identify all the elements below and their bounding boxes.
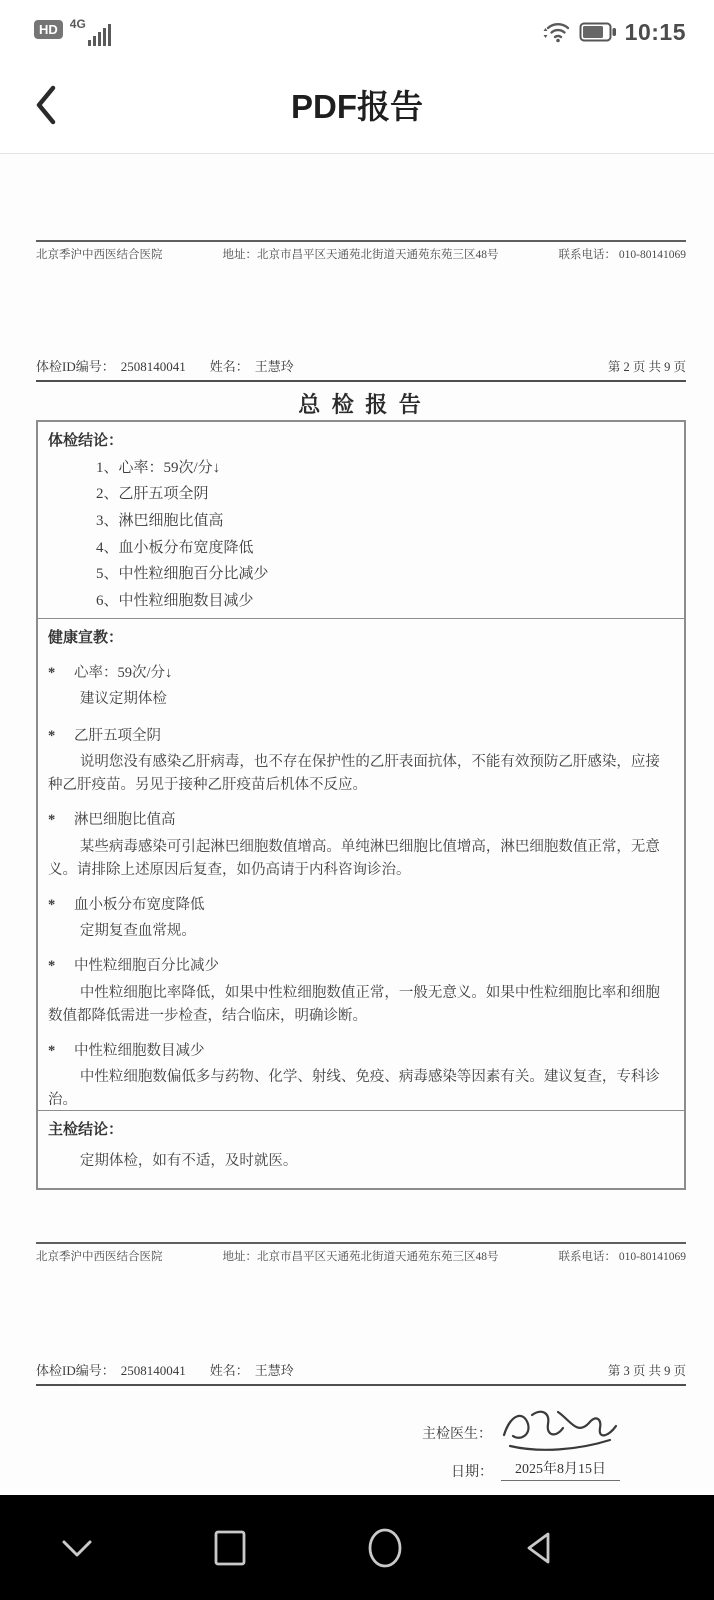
final-conclusion-body: 定期体检，如有不适，及时就医。 — [48, 1150, 674, 1173]
wifi-icon — [541, 19, 571, 45]
hd-badge: HD — [34, 20, 63, 39]
page-indicator: 第 2 页 共 9 页 — [608, 357, 686, 375]
back-nav-button[interactable] — [521, 1529, 555, 1567]
hospital-address: 地址：北京市昌平区天通苑北街道天通苑东苑三区48号 — [223, 246, 499, 264]
hospital-name: 北京季沪中西医结合医院 — [36, 246, 163, 264]
page-indicator: 第 3 页 共 9 页 — [608, 1361, 686, 1379]
date-value: 2025年8月15日 — [501, 1458, 620, 1481]
education-item-body: 建议定期体检 — [48, 688, 674, 711]
conclusion-item: 4、血小板分布宽度降低 — [96, 535, 674, 562]
bullet-icon: * — [48, 809, 58, 832]
conclusion-list: 1、心率：59次/分↓ 2、乙肝五项全阴 3、淋巴细胞比值高 4、血小板分布宽度… — [96, 455, 674, 615]
doctor-signature-image — [498, 1403, 620, 1455]
exam-id-value: 2508140041 — [121, 359, 186, 374]
chief-doctor-label: 主检医生： — [422, 1423, 492, 1443]
education-item-title: 淋巴细胞比值高 — [74, 809, 176, 832]
education-section: 健康宣教： * 心率：59次/分↓ 建议定期体检 * 乙肝五项全阴 说明您没有感… — [38, 618, 684, 1110]
triangle-left-icon — [521, 1529, 555, 1567]
exam-id-label: 体检ID编号： — [36, 1363, 115, 1378]
pdf-viewer-area[interactable]: 北京季沪中西医结合医院 地址：北京市昌平区天通苑北街道天通苑东苑三区48号 联系… — [0, 154, 714, 1495]
patient-name-value: 王慧玲 — [255, 359, 294, 374]
education-heading: 健康宣教： — [48, 627, 674, 650]
conclusion-heading: 体检结论： — [48, 430, 674, 453]
hospital-address: 地址：北京市昌平区天通苑北街道天通苑东苑三区48号 — [223, 1248, 499, 1266]
education-item-body: 中性粒细胞比率降低，如果中性粒细胞数值正常，一般无意义。如果中性粒细胞比率和细胞… — [48, 982, 674, 1028]
bullet-icon: * — [48, 1040, 58, 1063]
conclusion-item: 1、心率：59次/分↓ — [96, 455, 674, 482]
chevron-left-icon — [34, 84, 58, 126]
education-item-title: 心率：59次/分↓ — [74, 662, 172, 685]
bullet-icon: * — [48, 662, 58, 685]
education-item-body: 说明您没有感染乙肝病毒，也不存在保护性的乙肝表面抗体，不能有效预防乙肝感染，应接… — [48, 751, 674, 797]
conclusion-item: 5、中性粒细胞百分比减少 — [96, 561, 674, 588]
hide-navbar-button[interactable] — [59, 1535, 95, 1561]
education-item-body: 某些病毒感染可引起淋巴细胞数值增高。单纯淋巴细胞比值增高，淋巴细胞数值正常，无意… — [48, 836, 674, 882]
education-item-title: 中性粒细胞数目减少 — [74, 1040, 205, 1063]
exam-id-value: 2508140041 — [121, 1363, 186, 1378]
conclusion-section: 体检结论： 1、心率：59次/分↓ 2、乙肝五项全阴 3、淋巴细胞比值高 4、血… — [38, 422, 684, 618]
conclusion-item: 2、乙肝五项全阴 — [96, 481, 674, 508]
back-button[interactable] — [34, 83, 64, 127]
patient-name-label: 姓名： — [210, 1363, 249, 1378]
page-title: PDF报告 — [291, 81, 423, 128]
recents-button[interactable] — [212, 1529, 248, 1567]
signal-strength-icon — [87, 23, 113, 47]
education-item: * 淋巴细胞比值高 某些病毒感染可引起淋巴细胞数值增高。单纯淋巴细胞比值增高，淋… — [48, 809, 674, 882]
status-bar: HD 4G 10:15 — [0, 0, 714, 56]
education-item: * 心率：59次/分↓ 建议定期体检 — [48, 662, 674, 711]
hospital-name: 北京季沪中西医结合医院 — [36, 1248, 163, 1266]
education-item-title: 血小板分布宽度降低 — [74, 894, 205, 917]
hospital-header-row: 北京季沪中西医结合医院 地址：北京市昌平区天通苑北街道天通苑东苑三区48号 联系… — [36, 1242, 686, 1266]
circle-icon — [366, 1526, 404, 1570]
square-icon — [212, 1529, 248, 1567]
education-item-title: 乙肝五项全阴 — [74, 725, 161, 748]
date-label: 日期： — [451, 1461, 493, 1481]
home-button[interactable] — [366, 1526, 404, 1570]
exam-id-label: 体检ID编号： — [36, 359, 115, 374]
chevron-down-icon — [59, 1535, 95, 1561]
signature-block: 主检医生： 日期： 2025年8月15日 — [36, 1408, 686, 1481]
bullet-icon: * — [48, 894, 58, 917]
clock-time: 10:15 — [625, 19, 686, 46]
report-box: 体检结论： 1、心率：59次/分↓ 2、乙肝五项全阴 3、淋巴细胞比值高 4、血… — [36, 420, 686, 1190]
hospital-phone: 联系电话： 010-80141069 — [559, 246, 686, 264]
hospital-phone: 联系电话： 010-80141069 — [559, 1248, 686, 1266]
education-item: * 血小板分布宽度降低 定期复查血常规。 — [48, 894, 674, 943]
patient-meta-row: 体检ID编号：2508140041姓名：王慧玲 第 3 页 共 9 页 — [36, 1360, 686, 1386]
education-item: * 中性粒细胞百分比减少 中性粒细胞比率降低，如果中性粒细胞数值正常，一般无意义… — [48, 955, 674, 1028]
education-item-title: 中性粒细胞百分比减少 — [74, 955, 219, 978]
education-item-body: 定期复查血常规。 — [48, 920, 674, 943]
hospital-header-row: 北京季沪中西医结合医院 地址：北京市昌平区天通苑北街道天通苑东苑三区48号 联系… — [36, 240, 686, 264]
report-title: 总 检 报 告 — [36, 388, 686, 420]
education-item: * 乙肝五项全阴 说明您没有感染乙肝病毒，也不存在保护性的乙肝表面抗体，不能有效… — [48, 725, 674, 798]
education-item: * 中性粒细胞数目减少 中性粒细胞数偏低多与药物、化学、射线、免疫、病毒感染等因… — [48, 1040, 674, 1110]
bullet-icon: * — [48, 725, 58, 748]
app-header: PDF报告 — [0, 56, 714, 153]
network-type-label: 4G — [70, 17, 86, 31]
final-conclusion-heading: 主检结论： — [48, 1119, 674, 1142]
patient-name-label: 姓名： — [210, 359, 249, 374]
android-navigation-bar — [0, 1495, 714, 1600]
bullet-icon: * — [48, 955, 58, 978]
battery-icon — [579, 22, 617, 42]
conclusion-item: 6、中性粒细胞数目减少 — [96, 588, 674, 615]
education-item-body: 中性粒细胞数偏低多与药物、化学、射线、免疫、病毒感染等因素有关。建议复查，专科诊… — [48, 1066, 674, 1110]
final-conclusion-section: 主检结论： 定期体检，如有不适，及时就医。 — [38, 1110, 684, 1188]
patient-name-value: 王慧玲 — [255, 1363, 294, 1378]
conclusion-item: 3、淋巴细胞比值高 — [96, 508, 674, 535]
patient-meta-row: 体检ID编号：2508140041姓名：王慧玲 第 2 页 共 9 页 — [36, 356, 686, 382]
